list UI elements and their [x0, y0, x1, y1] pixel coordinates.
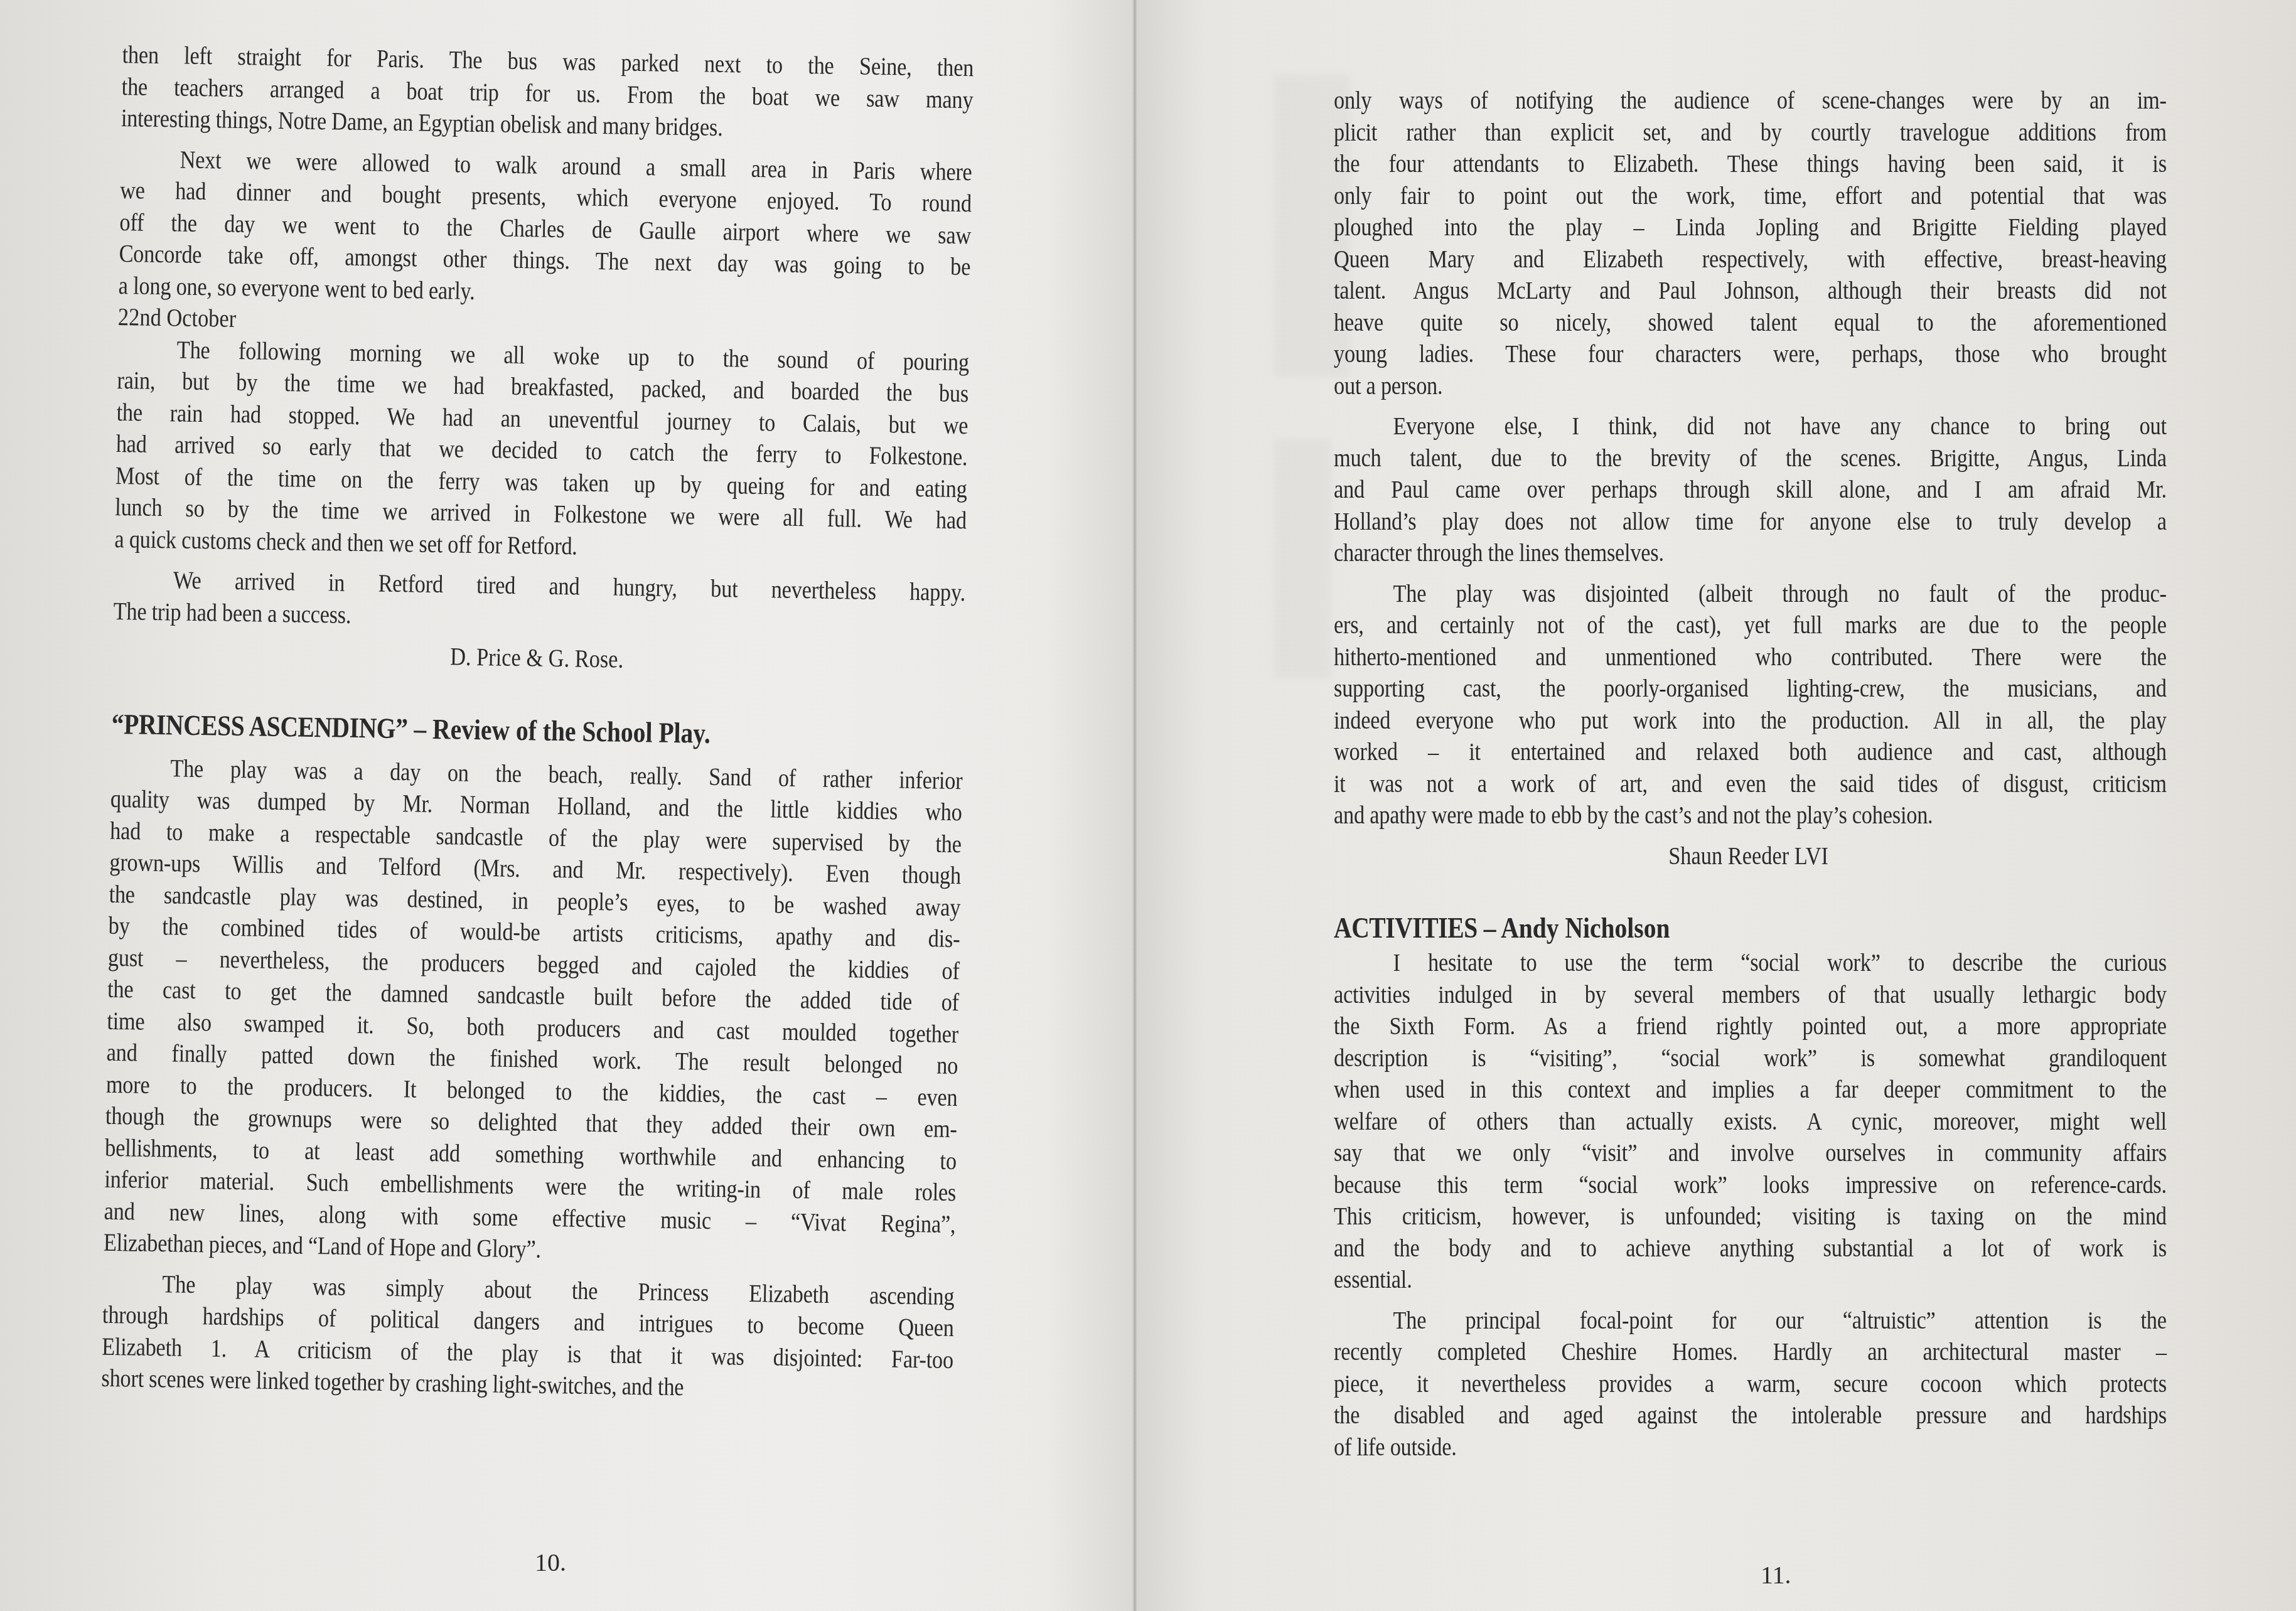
page-number-right: 11. — [1761, 1563, 1791, 1588]
text-line: description is “visiting”, “social work”… — [1334, 1042, 2167, 1074]
trip-report-ending: then left straight for Paris. The bus wa… — [118, 39, 975, 314]
paragraph: Everyone else, I think, did not have any… — [1334, 410, 2169, 569]
text-line: the Sixth Form. As a friend rightly poin… — [1334, 1010, 2167, 1042]
paragraph: The principal focal-point for our “altru… — [1334, 1305, 2169, 1464]
activities-body: I hesitate to use the term “social work”… — [1334, 947, 2169, 1463]
text-line: it was not a work of art, and even the s… — [1334, 768, 2167, 800]
text-line: recently completed Cheshire Homes. Hardl… — [1334, 1336, 2167, 1368]
paragraph: then left straight for Paris. The bus wa… — [121, 39, 976, 147]
text-line: because this term “social work” looks im… — [1334, 1169, 2167, 1201]
paragraph: I hesitate to use the term “social work”… — [1334, 947, 2169, 1296]
paragraph: We arrived in Retford tired and hungry, … — [113, 564, 967, 640]
text-line: character through the lines themselves. — [1334, 537, 2167, 569]
text-line: only fair to point out the work, time, e… — [1334, 180, 2167, 212]
left-page-column: then left straight for Paris. The bus wa… — [101, 39, 976, 1408]
paragraph: The play was a day on the beach, really.… — [103, 751, 965, 1271]
text-line: only ways of notifying the audience of s… — [1334, 85, 2167, 117]
paragraph: The play was disjointed (albeit through … — [1334, 578, 2169, 832]
right-page-column: only ways of notifying the audience of s… — [1334, 85, 2169, 1463]
text-line: Holland’s play does not allow time for a… — [1334, 506, 2167, 538]
activities-heading-author: Andy Nicholson — [1501, 912, 1670, 944]
text-line: and the body and to achieve anything sub… — [1334, 1233, 2167, 1265]
activities-heading-title: ACTIVITIES — [1334, 912, 1478, 944]
text-line: ploughed into the play – Linda Jopling a… — [1334, 211, 2167, 244]
text-line: young ladies. These four characters were… — [1334, 338, 2167, 370]
text-line: much talent, due to the brevity of the s… — [1334, 442, 2167, 474]
text-line: the disabled and aged against the intole… — [1334, 1400, 2167, 1432]
paragraph: The following morning we all woke up to … — [114, 333, 971, 568]
text-line: supporting cast, the poorly-organised li… — [1334, 673, 2167, 705]
text-line: This criticism, however, is unfounded; v… — [1334, 1201, 2167, 1233]
review-signature: Shaun Reeder LVI — [1334, 840, 2052, 872]
text-line: say that we only “visit” and involve our… — [1334, 1137, 2167, 1169]
text-line: essential. — [1334, 1264, 2167, 1296]
paragraph: Next we were allowed to walk around a sm… — [118, 142, 974, 314]
text-line: out a person. — [1334, 370, 2167, 402]
text-line: when used in this context and implies a … — [1334, 1074, 2167, 1106]
text-line: and Paul came over perhaps through skill… — [1334, 474, 2167, 506]
review-continued-body: only ways of notifying the audience of s… — [1334, 85, 2169, 832]
review-heading-title: “PRINCESS ASCENDING” — [111, 707, 407, 744]
text-line: plicit rather than explicit set, and by … — [1334, 117, 2167, 149]
paragraph: The play was simply about the Princess E… — [101, 1267, 957, 1407]
activities-heading-dash: – — [1478, 912, 1501, 944]
text-line: I hesitate to use the term “social work”… — [1334, 947, 2167, 979]
text-line: the four attendants to Elizabeth. These … — [1334, 148, 2167, 180]
trip-report-after-date: The following morning we all woke up to … — [113, 333, 971, 640]
text-line: welfare of others than actually exists. … — [1334, 1106, 2167, 1138]
page-number-left: 10. — [535, 1550, 566, 1575]
paragraph: only ways of notifying the audience of s… — [1334, 85, 2169, 402]
show-through-text — [1274, 439, 1331, 678]
text-line: The play was disjointed (albeit through … — [1334, 578, 2167, 610]
text-line: worked – it entertained and relaxed both… — [1334, 736, 2167, 768]
book-spine — [1132, 0, 1137, 1611]
text-line: and apathy were made to ebb by the cast’… — [1334, 800, 2167, 832]
review-body: The play was a day on the beach, really.… — [101, 751, 965, 1407]
text-line: indeed everyone who put work into the pr… — [1334, 705, 2167, 737]
text-line: The principal focal-point for our “altru… — [1334, 1305, 2167, 1337]
review-heading-dash: – — [407, 712, 432, 745]
text-line: activities indulged in by several member… — [1334, 979, 2167, 1011]
review-heading-subtitle: Review of the School Play. — [432, 712, 711, 749]
text-line: ers, and certainly not of the cast), yet… — [1334, 609, 2167, 641]
text-line: hitherto-mentioned and unmentioned who c… — [1334, 641, 2167, 673]
activities-heading: ACTIVITIES – Andy Nicholson — [1334, 909, 2052, 947]
text-line: Everyone else, I think, did not have any… — [1334, 410, 2167, 442]
text-line: Queen Mary and Elizabeth respectively, w… — [1334, 244, 2167, 276]
text-line: of life outside. — [1334, 1432, 2167, 1464]
text-line: piece, it nevertheless provides a warm, … — [1334, 1368, 2167, 1400]
text-line: heave quite so nicely, showed talent equ… — [1334, 307, 2167, 339]
text-line: talent. Angus McLarty and Paul Johnson, … — [1334, 275, 2167, 307]
